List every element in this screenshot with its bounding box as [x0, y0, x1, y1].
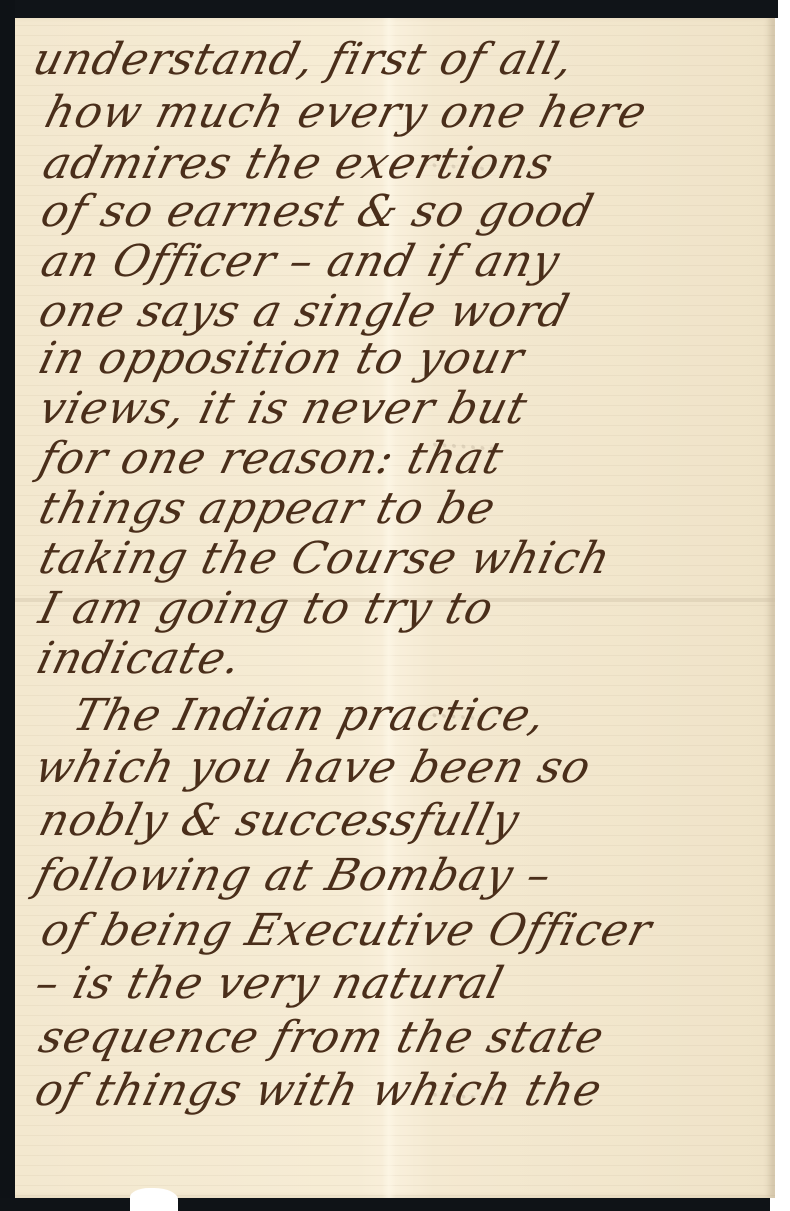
- handwritten-line: understand, first of all,: [28, 34, 579, 85]
- handwritten-line: views, it is never but: [34, 383, 533, 434]
- handwritten-line: an Officer – and if any: [36, 236, 565, 287]
- handwritten-line: which you have been so: [30, 742, 597, 793]
- handwritten-line: of things with which the: [30, 1065, 607, 1116]
- handwritten-line: nobly & successfully: [34, 795, 525, 846]
- handwritten-line: how much every one here: [40, 87, 652, 138]
- paper-tear: [130, 1188, 178, 1211]
- handwritten-line: admires the exertions: [38, 138, 559, 189]
- handwritten-line: I am going to try to: [34, 583, 499, 634]
- mourning-border-bottom: [0, 1198, 770, 1211]
- scanned-letter-page: ······· ······· ······· ······· understa…: [0, 0, 790, 1211]
- handwritten-line: sequence from the state: [34, 1012, 610, 1063]
- handwritten-line: of so earnest & so good: [36, 186, 599, 237]
- handwritten-line: in opposition to your: [34, 333, 530, 384]
- handwritten-line: – is the very natural: [30, 958, 509, 1009]
- mourning-border-top: [0, 0, 778, 18]
- handwritten-line: following at Bombay –: [30, 850, 557, 901]
- handwritten-line: for one reason: that: [34, 433, 509, 484]
- handwritten-line: things appear to be: [34, 483, 501, 534]
- mourning-border-left: [0, 0, 15, 1211]
- handwritten-line: of being Executive Officer: [36, 905, 657, 956]
- handwritten-line: indicate.: [32, 633, 247, 684]
- handwritten-line: taking the Course which: [34, 533, 616, 584]
- handwritten-line: The Indian practice,: [68, 690, 551, 741]
- handwritten-line: one says a single word: [34, 286, 575, 337]
